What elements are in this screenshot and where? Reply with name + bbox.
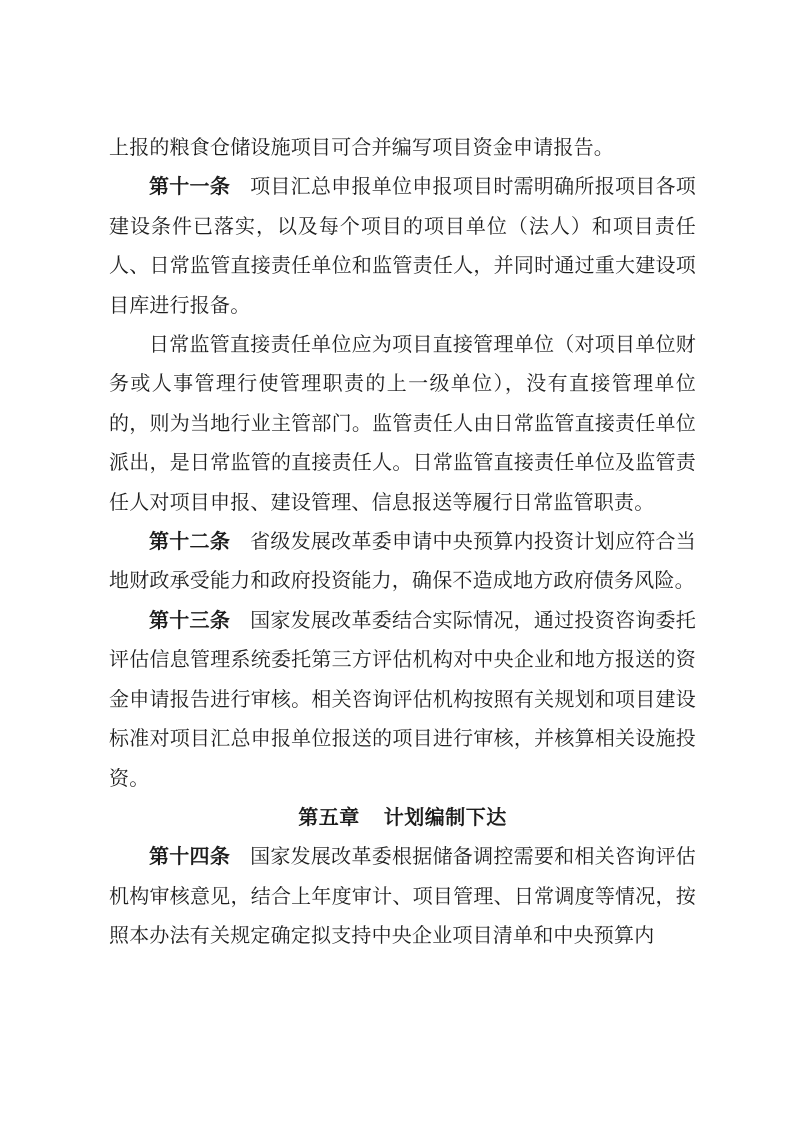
paragraph-article-13: 第十三条国家发展改革委结合实际情况，通过投资咨询委托评估信息管理系统委托第三方评…: [109, 602, 696, 799]
paragraph-supervision: 日常监管直接责任单位应为项目直接管理单位（对项目单位财务或人事管理行使管理职责的…: [109, 326, 696, 523]
article-13-label: 第十三条: [149, 610, 230, 632]
chapter-5-label: 第五章: [298, 807, 360, 829]
paragraph-article-11: 第十一条项目汇总申报单位申报项目时需明确所报项目各项建设条件已落实，以及每个项目…: [109, 168, 696, 326]
chapter-5-heading: 第五章计划编制下达: [109, 799, 696, 838]
paragraph-article-14: 第十四条国家发展改革委根据储备调控需要和相关咨询评估机构审核意见，结合上年度审计…: [109, 838, 696, 956]
document-page: 上报的粮食仓储设施项目可合并编写项目资金申请报告。 第十一条项目汇总申报单位申报…: [0, 0, 793, 1122]
chapter-5-title: 计划编制下达: [384, 807, 507, 829]
paragraph-continuation: 上报的粮食仓储设施项目可合并编写项目资金申请报告。: [109, 129, 696, 168]
document-body: 上报的粮食仓储设施项目可合并编写项目资金申请报告。 第十一条项目汇总申报单位申报…: [109, 129, 696, 957]
article-12-label: 第十二条: [149, 531, 230, 553]
article-13-text: 国家发展改革委结合实际情况，通过投资咨询委托评估信息管理系统委托第三方评估机构对…: [109, 610, 696, 790]
article-14-label: 第十四条: [149, 846, 230, 868]
article-11-label: 第十一条: [149, 176, 230, 198]
paragraph-article-12: 第十二条省级发展改革委申请中央预算内投资计划应符合当地财政承受能力和政府投资能力…: [109, 523, 696, 602]
